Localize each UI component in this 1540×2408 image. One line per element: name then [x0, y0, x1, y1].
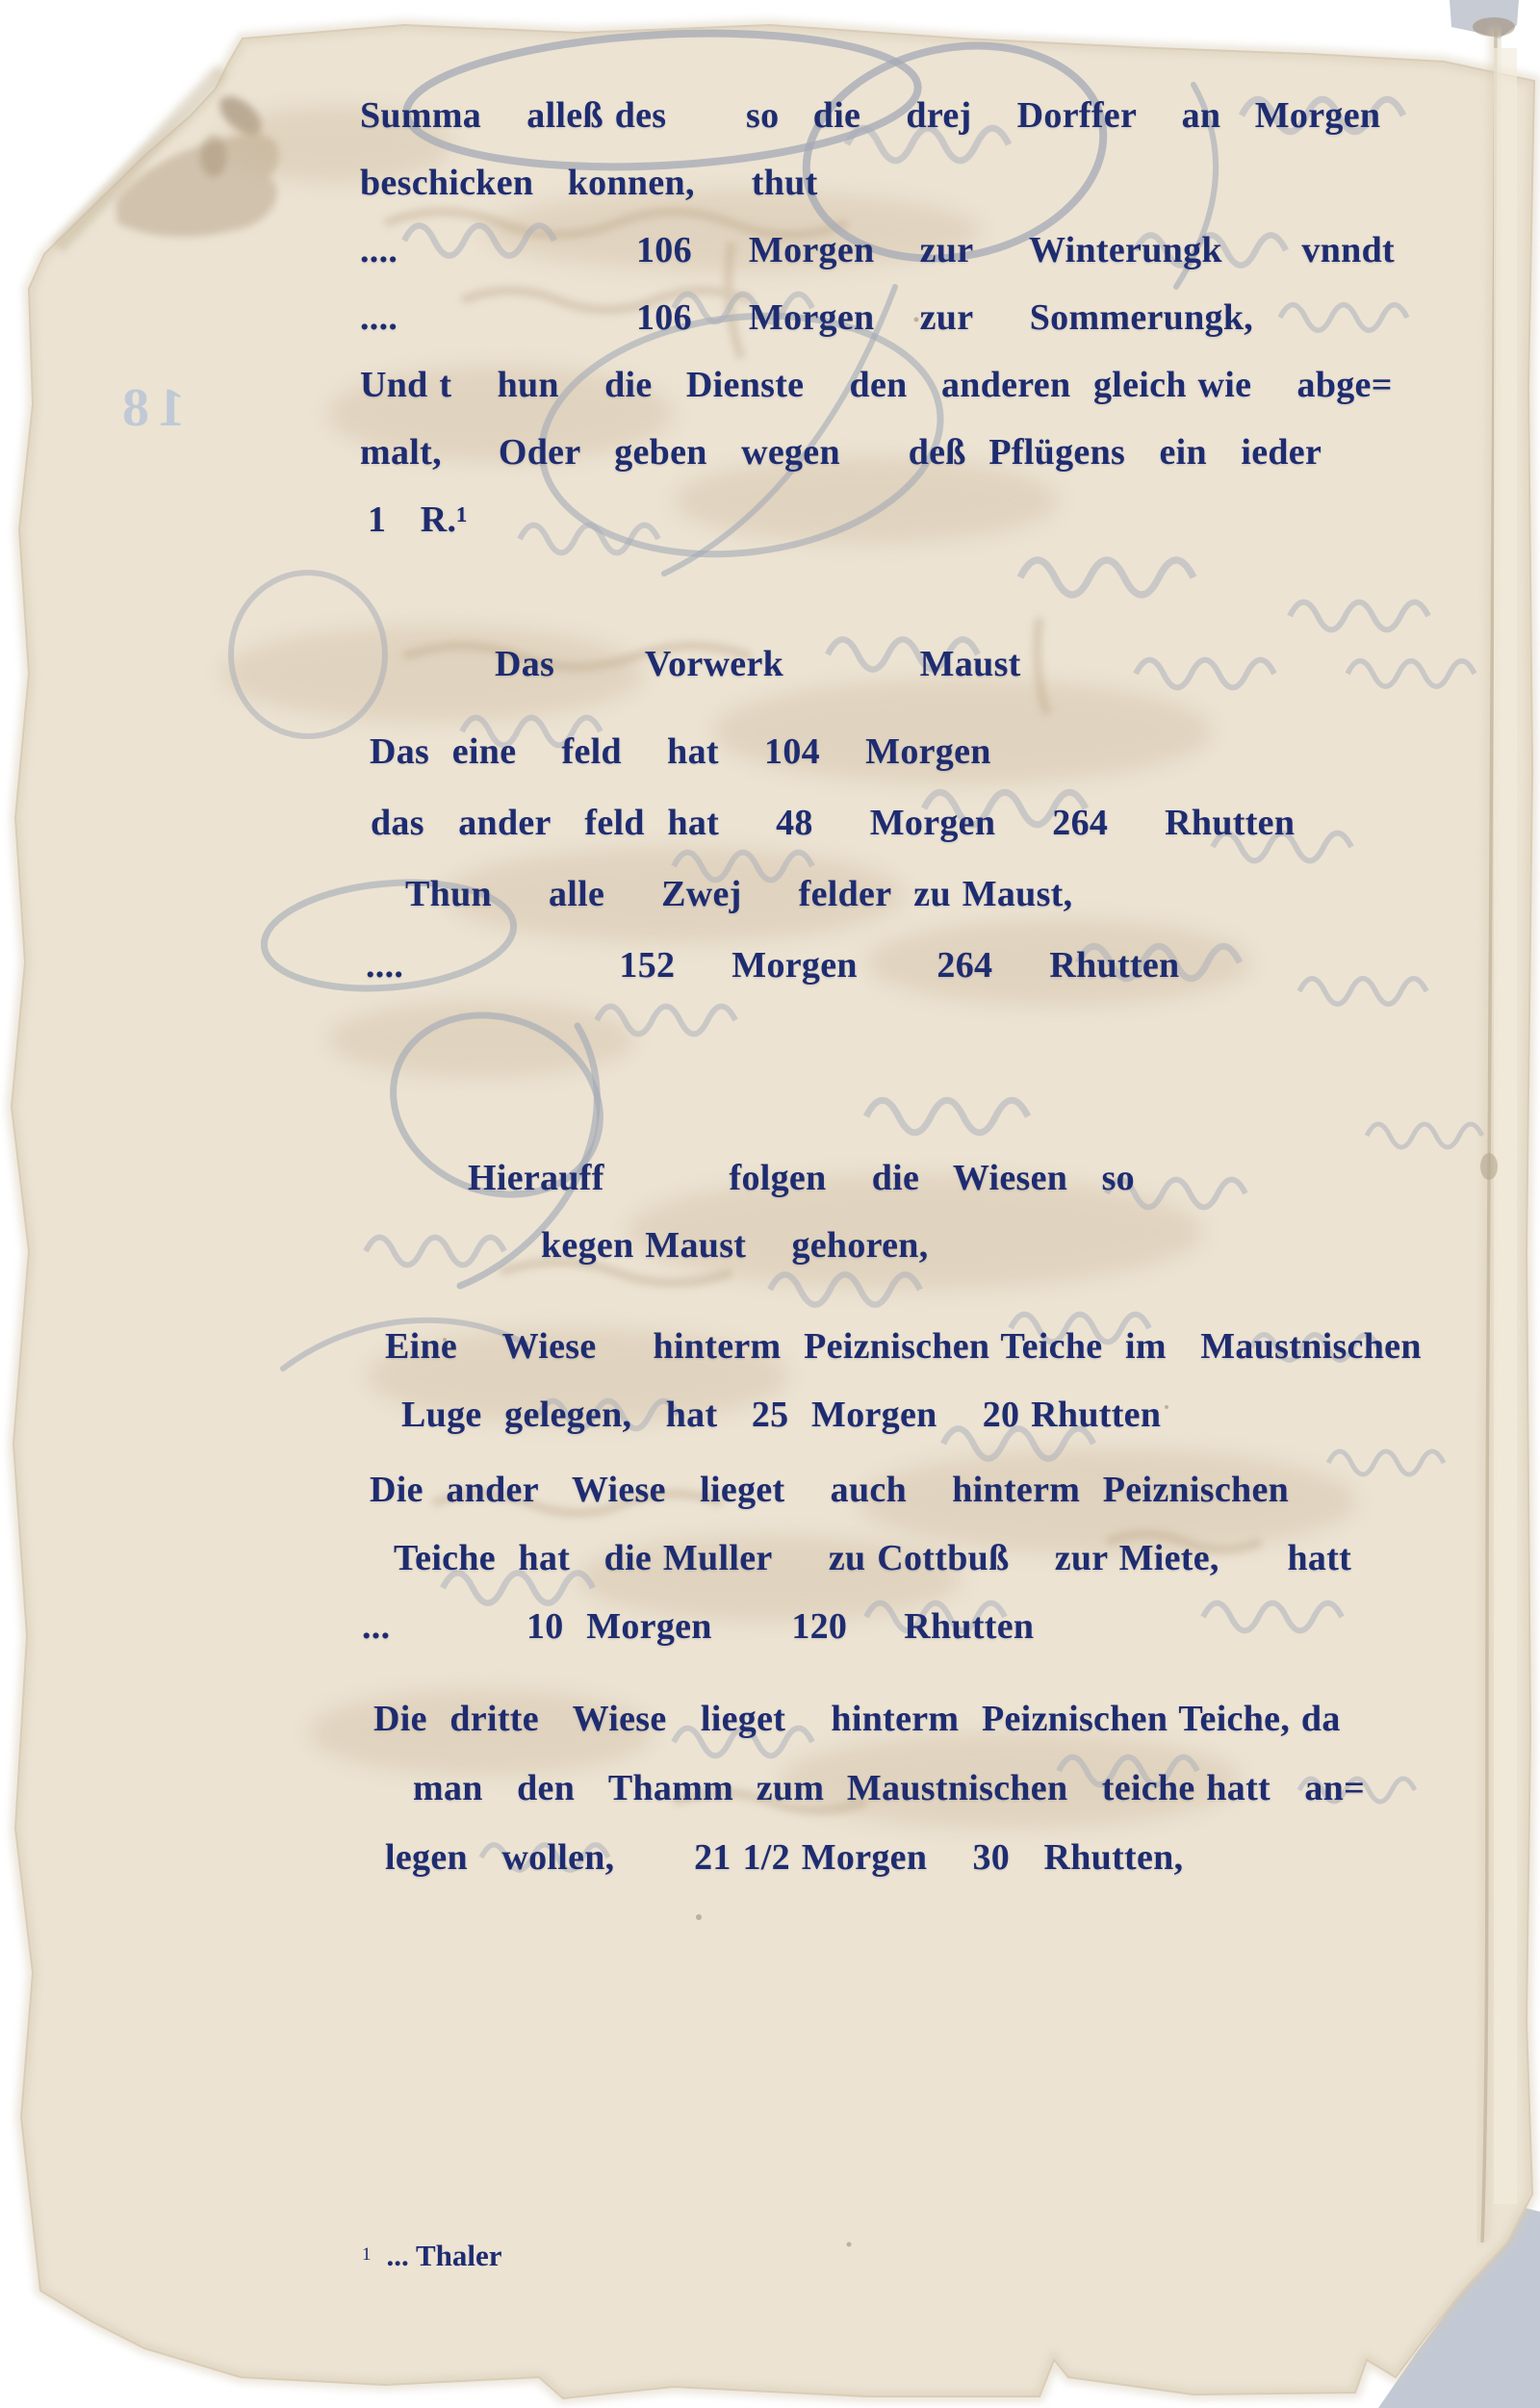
text-line: malt, Oder geben wegen deß Pflügens ein …: [360, 419, 1395, 486]
text-line: Eine Wiese hinterm Peiznischen Teiche im…: [360, 1313, 1422, 1381]
footnote-text: ... Thaler: [387, 2239, 502, 2272]
vorwerk-maust-fields: Das eine feld hat 104 Morgendas ander fe…: [360, 716, 1295, 1001]
faint-page-number-ghost: 18: [114, 377, 185, 439]
text-line: kegen Maust gehoren,: [360, 1212, 1135, 1279]
text-line: legen wollen, 21 1/2 Morgen 30 Rhutten,: [360, 1823, 1365, 1892]
text-line: Das Vorwerk Maust: [360, 630, 1021, 698]
text-line: ... 10 Morgen 120 Rhutten: [360, 1593, 1351, 1661]
vorwerk-maust-heading: Das Vorwerk Maust: [360, 630, 1021, 698]
text-line: das ander feld hat 48 Morgen 264 Rhutten: [360, 787, 1295, 858]
text-line: .... 106 Morgen zur Sommerungk,: [360, 284, 1395, 351]
summary-three-villages: Summa alleß des so die drej Dorffer an M…: [360, 82, 1395, 553]
footnote: 1... Thaler: [362, 2239, 502, 2273]
wiese-1: Eine Wiese hinterm Peiznischen Teiche im…: [360, 1313, 1422, 1449]
text-block: Summa alleß des so die drej Dorffer an M…: [360, 0, 1540, 2408]
wiesen-heading: Hierauff folgen die Wiesen sokegen Maust…: [360, 1144, 1135, 1279]
wiese-3: Die dritte Wiese lieget hinterm Peiznisc…: [360, 1684, 1365, 1892]
text-line: .... 106 Morgen zur Winterungk vnndt: [360, 217, 1395, 284]
text-line: .... 152 Morgen 264 Rhutten: [360, 930, 1295, 1001]
text-line: Hierauff folgen die Wiesen so: [360, 1144, 1135, 1212]
text-line: 1 R.¹: [360, 486, 1395, 553]
text-line: Teiche hat die Muller zu Cottbuß zur Mie…: [360, 1524, 1351, 1593]
manuscript-page: 18 Summa alleß des so die drej Dorffer a…: [0, 0, 1540, 2408]
text-line: Thun alle Zwej felder zu Maust,: [360, 858, 1295, 930]
wiese-2: Die ander Wiese lieget auch hinterm Peiz…: [360, 1456, 1351, 1661]
footnote-marker: 1: [362, 2244, 372, 2265]
text-line: Das eine feld hat 104 Morgen: [360, 716, 1295, 787]
text-line: Die ander Wiese lieget auch hinterm Peiz…: [360, 1456, 1351, 1524]
text-line: Die dritte Wiese lieget hinterm Peiznisc…: [360, 1684, 1365, 1754]
text-line: Und t hun die Dienste den anderen gleich…: [360, 351, 1395, 419]
text-line: Summa alleß des so die drej Dorffer an M…: [360, 82, 1395, 149]
text-line: Luge gelegen, hat 25 Morgen 20 Rhutten: [360, 1381, 1422, 1449]
text-line: man den Thamm zum Maustnischen teiche ha…: [360, 1754, 1365, 1823]
text-line: beschicken konnen, thut: [360, 149, 1395, 217]
